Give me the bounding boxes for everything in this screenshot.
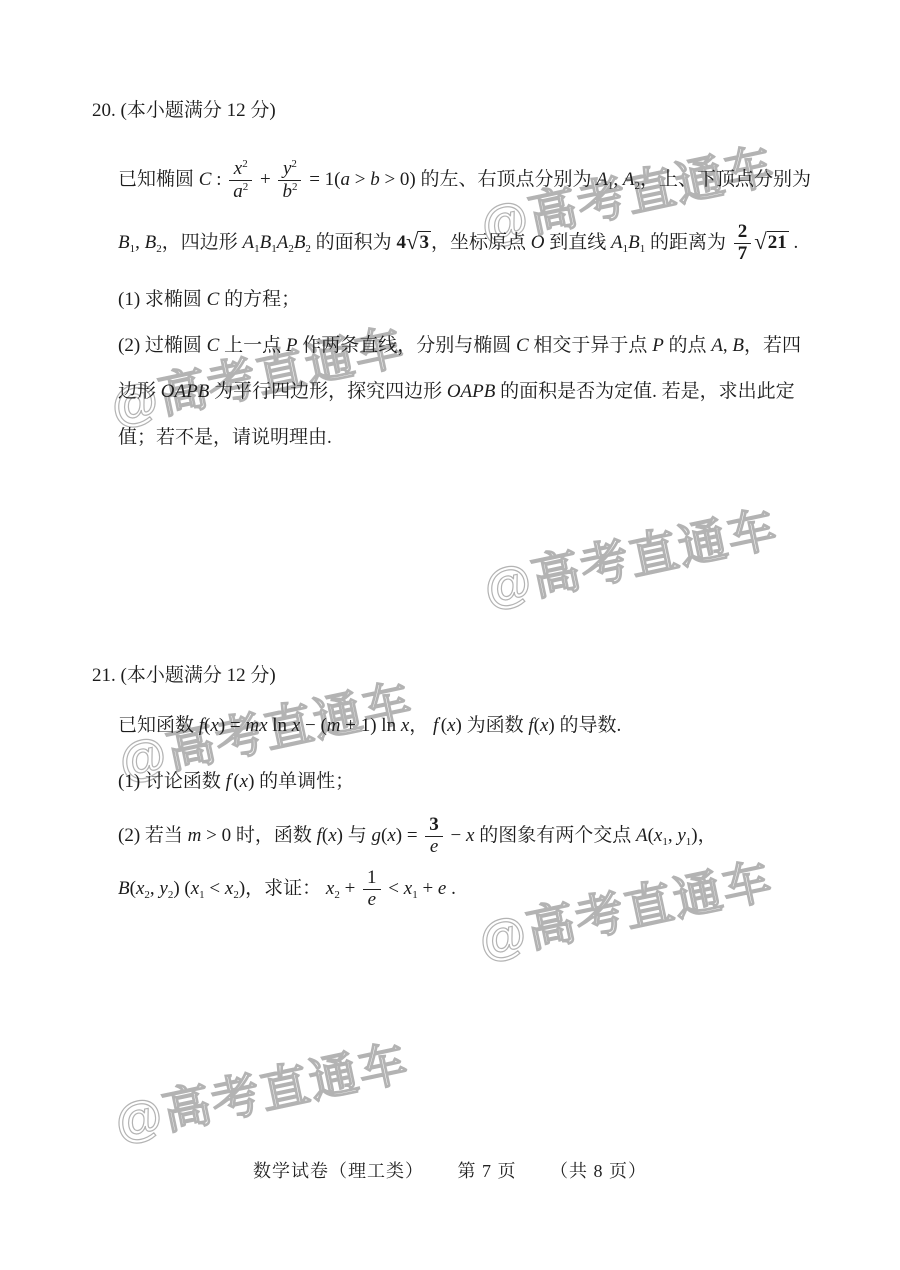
page-footer: 数学试卷（理工类） 第 7 页 （共 8 页） <box>0 1157 900 1183</box>
problem-21-part-2-line-1: (2) 若当 m > 0 时，函数 f(x) 与 g(x) = 3e − x 的… <box>118 815 717 858</box>
problem-21-intro-line: 已知函数 f(x) = mx ln x − (m + 1) ln x， f′(x… <box>118 714 621 738</box>
problem-21-part-2-line-2: B(x2, y2) (x1 < x2)，求证： x2 + 1e < x1 + e… <box>118 868 456 911</box>
problem-20-part-2-line-3: 值；若不是，请说明理由. <box>118 426 332 450</box>
problem-21-part-1: (1) 讨论函数 f′(x) 的单调性； <box>118 770 354 794</box>
problem-20-intro-line-2: B1, B2，四边形 A1B1A2B2 的面积为 4√3，坐标原点 O 到直线 … <box>118 222 798 265</box>
problem-20-part-2-line-2: 边形 OAPB 为平行四边形，探究四边形 OAPB 的面积是否为定值. 若是，求… <box>118 380 795 404</box>
footer-paper-title: 数学试卷（理工类） <box>253 1161 424 1181</box>
footer-total-pages: （共 8 页） <box>550 1161 647 1181</box>
problem-20-intro-line-1: 已知椭圆 C : x2a2 + y2b2 = 1(a > b > 0) 的左、右… <box>118 158 811 203</box>
footer-page-number: 第 7 页 <box>458 1161 517 1181</box>
problem-20-part-1: (1) 求椭圆 C 的方程； <box>118 288 300 312</box>
watermark: @高考直通车 <box>110 1033 415 1156</box>
problem-20-part-2-line-1: (2) 过椭圆 C 上一点 P 作两条直线，分别与椭圆 C 相交于异于点 P 的… <box>118 334 801 358</box>
watermark: @高考直通车 <box>479 499 784 622</box>
problem-21-header: 21. (本小题满分 12 分) <box>92 664 276 688</box>
watermark: @高考直通车 <box>474 851 779 974</box>
problem-20-header: 20. (本小题满分 12 分) <box>92 99 276 123</box>
exam-page: @高考直通车 @高考直通车 @高考直通车 @高考直通车 @高考直通车 @高考直通… <box>0 0 900 1270</box>
